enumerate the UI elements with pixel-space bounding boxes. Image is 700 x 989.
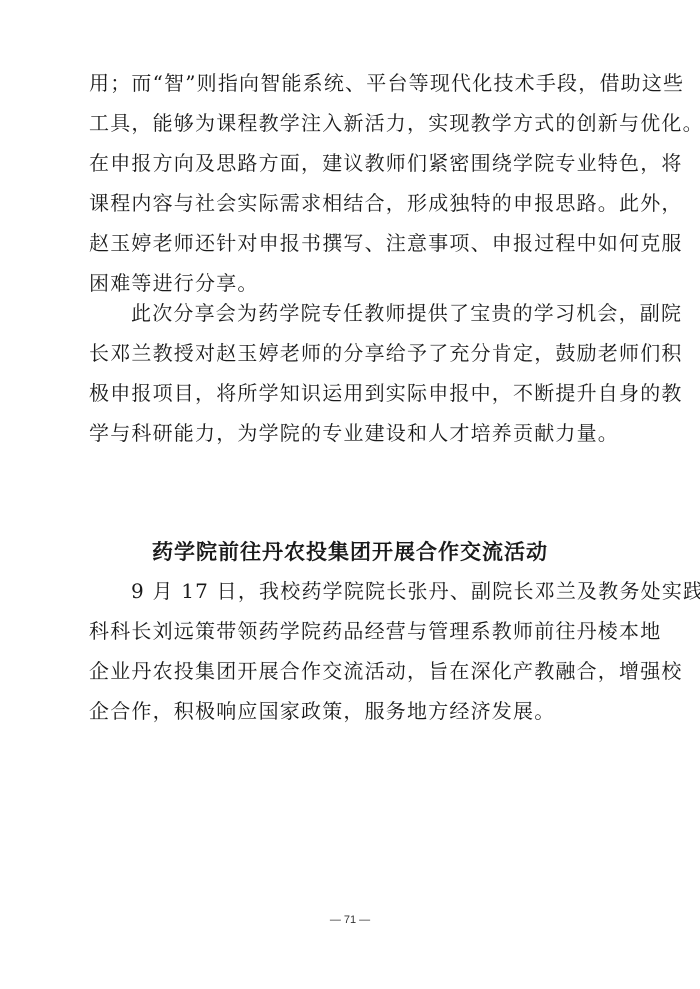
document-page: 用；而“智”则指向智能系统、平台等现代化技术手段，借助这些 工具，能够为课程教学… bbox=[0, 0, 700, 989]
text-line: 企合作，积极响应国家政策，服务地方经济发展。 bbox=[89, 691, 614, 731]
text-line: 此次分享会为药学院专任教师提供了宝贵的学习机会，副院 bbox=[89, 293, 614, 333]
text-line: 学与科研能力，为学院的专业建设和人才培养贡献力量。 bbox=[89, 413, 614, 453]
paragraph-application-guidance: 用；而“智”则指向智能系统、平台等现代化技术手段，借助这些 工具，能够为课程教学… bbox=[89, 63, 614, 303]
text-line: 工具，能够为课程教学注入新活力，实现教学方式的创新与优化。 bbox=[89, 103, 614, 143]
text-line: 长邓兰教授对赵玉婷老师的分享给予了充分肯定，鼓励老师们积 bbox=[89, 333, 614, 373]
text-line: 极申报项目，将所学知识运用到实际申报中，不断提升自身的教 bbox=[89, 373, 614, 413]
section-heading: 药学院前往丹农投集团开展合作交流活动 bbox=[0, 536, 700, 568]
text-line: 用；而“智”则指向智能系统、平台等现代化技术手段，借助这些 bbox=[89, 63, 614, 103]
paragraph-session-summary: 此次分享会为药学院专任教师提供了宝贵的学习机会，副院 长邓兰教授对赵玉婷老师的分… bbox=[89, 293, 614, 453]
text-line: 科科长刘远策带领药学院药品经营与管理系教师前往丹棱本地 bbox=[89, 611, 614, 651]
text-line: 企业丹农投集团开展合作交流活动，旨在深化产教融合，增强校 bbox=[89, 651, 614, 691]
text-line: 课程内容与社会实际需求相结合，形成独特的申报思路。此外， bbox=[89, 183, 614, 223]
page-number: — 71 — bbox=[0, 914, 700, 926]
text-line: 9 月 17 日，我校药学院院长张丹、副院长邓兰及教务处实践 bbox=[89, 571, 614, 611]
text-line: 在申报方向及思路方面，建议教师们紧密围绕学院专业特色，将 bbox=[89, 143, 614, 183]
text-line: 赵玉婷老师还针对申报书撰写、注意事项、申报过程中如何克服 bbox=[89, 223, 614, 263]
paragraph-cooperation-activity: 9 月 17 日，我校药学院院长张丹、副院长邓兰及教务处实践 科科长刘远策带领药… bbox=[89, 571, 614, 731]
